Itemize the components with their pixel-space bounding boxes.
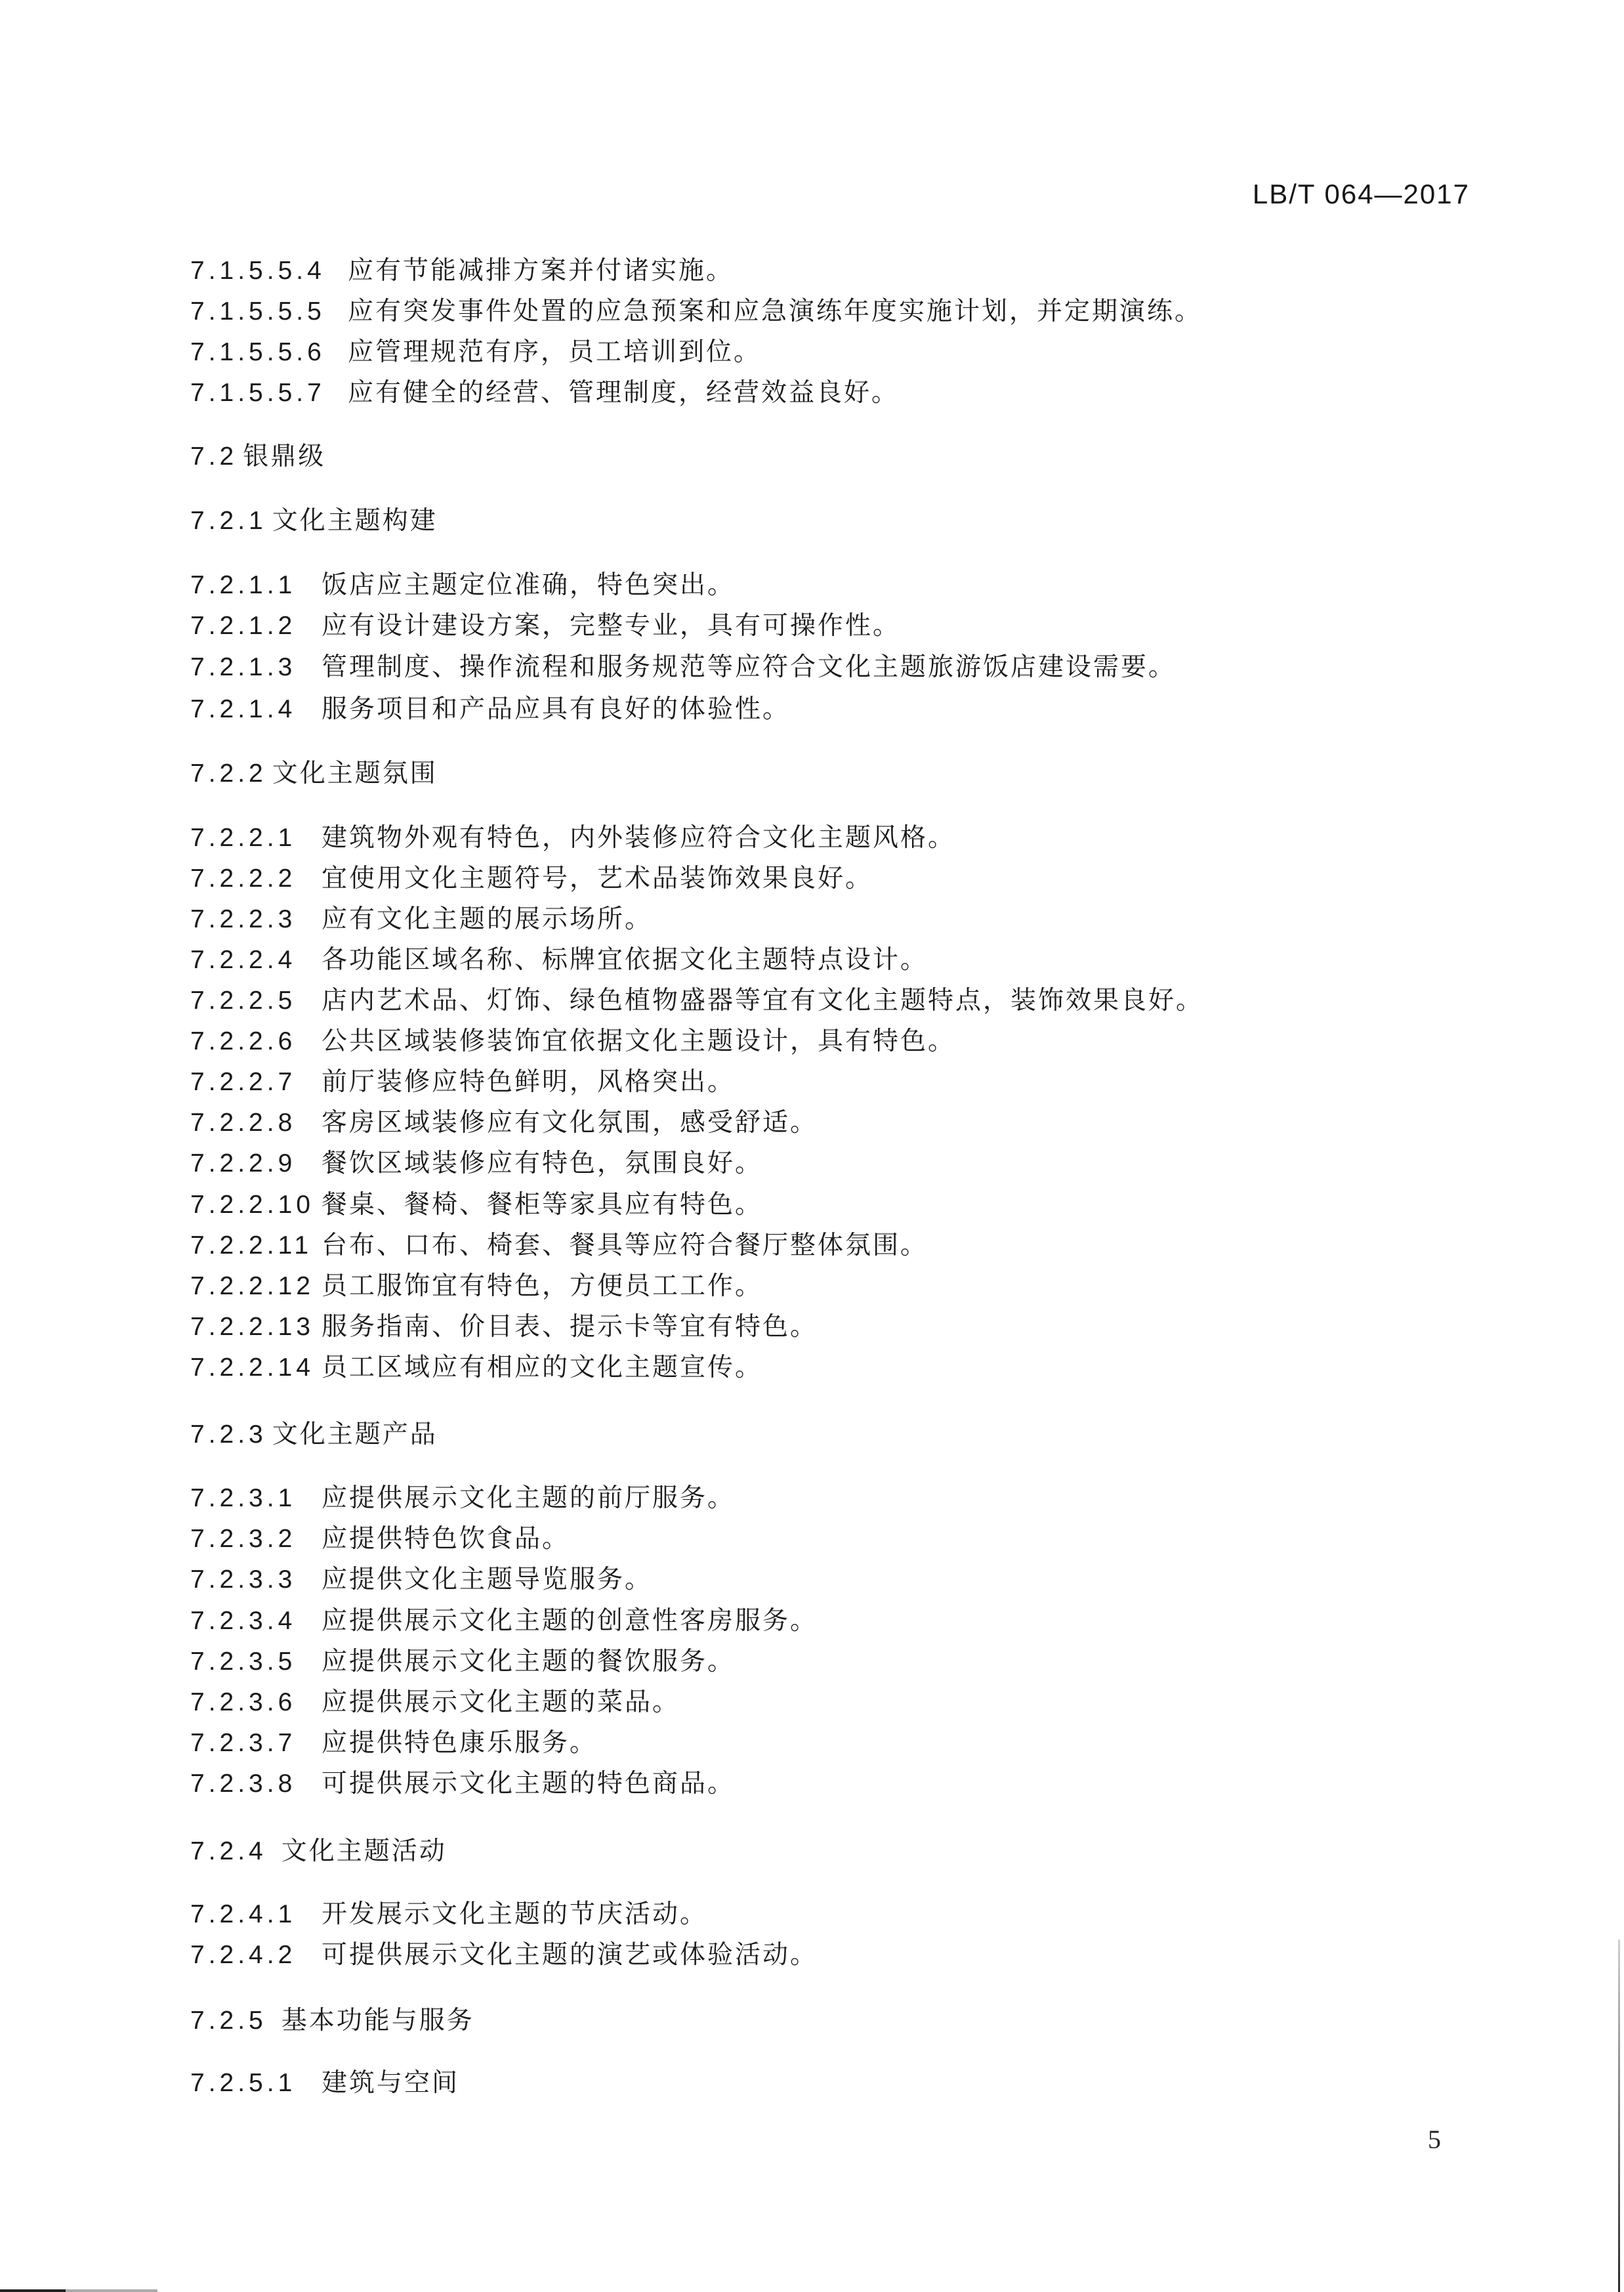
clause-number: 7.2.2.10 — [190, 1188, 322, 1222]
clause-text: 开发展示文化主题的节庆活动。 — [322, 1898, 707, 1932]
clause-7-2-5-1: 7.2.5.1 建筑与空间 — [190, 2066, 459, 2100]
clause-text: 可提供展示文化主题的演艺或体验活动。 — [322, 1938, 818, 1972]
clause-number: 7.2.1.1 — [190, 568, 322, 603]
clause-7-2-3-3: 7.2.3.3 应提供文化主题导览服务。 — [190, 1563, 652, 1597]
clause-7-2-2-3: 7.2.2.3 应有文化主题的展示场所。 — [190, 902, 652, 937]
clause-number: 7.2.2.14 — [190, 1351, 322, 1385]
clause-text: 可提供展示文化主题的特色商品。 — [322, 1767, 735, 1801]
clause-number: 7.2.2.3 — [190, 902, 322, 937]
clause-text: 公共区域装修装饰宜依据文化主题设计，具有特色。 — [322, 1025, 955, 1059]
clause-text: 应有文化主题的展示场所。 — [322, 902, 652, 937]
heading-text: 文化主题构建 — [272, 504, 438, 538]
standard-code: LB/T 064—2017 — [1253, 179, 1470, 210]
clause-number: 7.2.2.9 — [190, 1147, 322, 1181]
clause-number: 7.2.2.1 — [190, 821, 322, 855]
clause-7-2-3-7: 7.2.3.7 应提供特色康乐服务。 — [190, 1726, 597, 1760]
clause-7-2-3-2: 7.2.3.2 应提供特色饮食品。 — [190, 1522, 570, 1556]
clause-7-2-3-5: 7.2.3.5 应提供展示文化主题的餐饮服务。 — [190, 1645, 735, 1679]
clause-number: 7.2.2.12 — [190, 1269, 322, 1304]
document-page: LB/T 064—2017 7.1.5.5.4 应有节能减排方案并付诸实施。 7… — [0, 0, 1624, 2292]
clause-7-1-5-5-4: 7.1.5.5.4 应有节能减排方案并付诸实施。 — [190, 254, 734, 288]
heading-number: 7.2.3 — [190, 1418, 267, 1452]
clause-7-2-4-1: 7.2.4.1 开发展示文化主题的节庆活动。 — [190, 1898, 707, 1932]
page-number: 5 — [1428, 2124, 1441, 2155]
clause-7-2-2-11: 7.2.2.11 台布、口布、椅套、餐具等应符合餐厅整体氛围。 — [190, 1229, 928, 1263]
heading-number: 7.2.1 — [190, 504, 267, 538]
heading-number: 7.2.2 — [190, 757, 267, 791]
clause-number: 7.2.2.4 — [190, 943, 322, 977]
heading-7-2-1: 7.2.1 文化主题构建 — [190, 504, 438, 538]
clause-7-2-2-6: 7.2.2.6 公共区域装修装饰宜依据文化主题设计，具有特色。 — [190, 1025, 955, 1059]
clause-number: 7.2.1.3 — [190, 650, 322, 685]
clause-7-2-2-4: 7.2.2.4 各功能区域名称、标牌宜依据文化主题特点设计。 — [190, 943, 928, 977]
clause-7-1-5-5-7: 7.1.5.5.7 应有健全的经营、管理制度，经营效益良好。 — [190, 376, 899, 410]
clause-7-2-4-2: 7.2.4.2 可提供展示文化主题的演艺或体验活动。 — [190, 1938, 818, 1972]
clause-text: 宜使用文化主题符号，艺术品装饰效果良好。 — [322, 862, 873, 896]
scan-edge-mark — [66, 2289, 157, 2292]
clause-number: 7.2.3.1 — [190, 1481, 322, 1516]
clause-7-2-1-1: 7.2.1.1 饭店应主题定位准确，特色突出。 — [190, 568, 735, 603]
clause-number: 7.2.4.2 — [190, 1938, 322, 1972]
clause-text: 管理制度、操作流程和服务规范等应符合文化主题旅游饭店建设需要。 — [322, 650, 1176, 685]
clause-text: 应提供展示文化主题的餐饮服务。 — [322, 1645, 735, 1679]
heading-7-2-3: 7.2.3 文化主题产品 — [190, 1418, 438, 1452]
clause-number: 7.2.2.7 — [190, 1065, 322, 1099]
clause-number: 7.2.2.11 — [190, 1229, 322, 1263]
clause-text: 应提供展示文化主题的创意性客房服务。 — [322, 1604, 818, 1638]
clause-7-2-1-4: 7.2.1.4 服务项目和产品应具有良好的体验性。 — [190, 692, 790, 727]
clause-number: 7.2.2.2 — [190, 862, 322, 896]
clause-number: 7.2.3.8 — [190, 1767, 322, 1801]
clause-7-2-2-12: 7.2.2.12 员工服饰宜有特色，方便员工工作。 — [190, 1269, 762, 1304]
clause-text: 应提供文化主题导览服务。 — [322, 1563, 652, 1597]
clause-text: 各功能区域名称、标牌宜依据文化主题特点设计。 — [322, 943, 928, 977]
clause-number: 7.2.3.2 — [190, 1522, 322, 1556]
clause-7-2-2-1: 7.2.2.1 建筑物外观有特色，内外装修应符合文化主题风格。 — [190, 821, 955, 855]
clause-7-2-1-3: 7.2.1.3 管理制度、操作流程和服务规范等应符合文化主题旅游饭店建设需要。 — [190, 650, 1176, 685]
clause-text: 应提供展示文化主题的菜品。 — [322, 1686, 680, 1720]
clause-text: 应提供展示文化主题的前厅服务。 — [322, 1481, 735, 1516]
clause-text: 饭店应主题定位准确，特色突出。 — [322, 568, 735, 603]
heading-7-2-5: 7.2.5 基本功能与服务 — [190, 2004, 474, 2038]
clause-text: 餐桌、餐椅、餐柜等家具应有特色。 — [322, 1188, 762, 1222]
clause-7-2-2-10: 7.2.2.10 餐桌、餐椅、餐柜等家具应有特色。 — [190, 1188, 762, 1222]
scan-edge-shadow — [1618, 1940, 1620, 2292]
clause-number: 7.2.2.8 — [190, 1106, 322, 1140]
clause-number: 7.1.5.5.6 — [190, 335, 348, 370]
clause-text: 餐饮区域装修应有特色，氛围良好。 — [322, 1147, 762, 1181]
clause-7-2-2-2: 7.2.2.2 宜使用文化主题符号，艺术品装饰效果良好。 — [190, 862, 873, 896]
clause-text: 应管理规范有序，员工培训到位。 — [348, 335, 761, 370]
clause-number: 7.1.5.5.7 — [190, 376, 348, 410]
heading-text: 文化主题活动 — [281, 1835, 447, 1869]
clause-number: 7.1.5.5.4 — [190, 254, 348, 288]
heading-number: 7.2.4 — [190, 1835, 267, 1869]
clause-number: 7.2.1.4 — [190, 692, 322, 727]
clause-7-2-2-9: 7.2.2.9 餐饮区域装修应有特色，氛围良好。 — [190, 1147, 762, 1181]
clause-7-2-3-4: 7.2.3.4 应提供展示文化主题的创意性客房服务。 — [190, 1604, 818, 1638]
clause-text: 应有设计建设方案，完整专业，具有可操作性。 — [322, 609, 900, 643]
clause-text: 员工服饰宜有特色，方便员工工作。 — [322, 1269, 762, 1304]
heading-text: 文化主题氛围 — [272, 757, 438, 791]
clause-number: 7.2.2.5 — [190, 984, 322, 1018]
clause-number: 7.2.3.4 — [190, 1604, 322, 1638]
clause-7-2-2-8: 7.2.2.8 客房区域装修应有文化氛围，感受舒适。 — [190, 1106, 818, 1140]
clause-text: 应有节能减排方案并付诸实施。 — [348, 254, 734, 288]
clause-7-1-5-5-6: 7.1.5.5.6 应管理规范有序，员工培训到位。 — [190, 335, 761, 370]
clause-number: 7.2.2.6 — [190, 1025, 322, 1059]
clause-text: 建筑与空间 — [322, 2066, 459, 2100]
clause-text: 应提供特色康乐服务。 — [322, 1726, 597, 1760]
clause-text: 员工区域应有相应的文化主题宣传。 — [322, 1351, 762, 1385]
heading-7-2: 7.2 银鼎级 — [190, 440, 325, 474]
clause-number: 7.2.3.7 — [190, 1726, 322, 1760]
clause-text: 建筑物外观有特色，内外装修应符合文化主题风格。 — [322, 821, 955, 855]
clause-number: 7.2.3.6 — [190, 1686, 322, 1720]
clause-text: 前厅装修应特色鲜明，风格突出。 — [322, 1065, 735, 1099]
clause-7-2-2-14: 7.2.2.14 员工区域应有相应的文化主题宣传。 — [190, 1351, 762, 1385]
heading-text: 文化主题产品 — [272, 1418, 438, 1452]
clause-number: 7.2.2.13 — [190, 1310, 322, 1344]
clause-7-2-3-6: 7.2.3.6 应提供展示文化主题的菜品。 — [190, 1686, 680, 1720]
heading-number: 7.2 — [190, 440, 238, 474]
heading-7-2-2: 7.2.2 文化主题氛围 — [190, 757, 438, 791]
clause-number: 7.2.1.2 — [190, 609, 322, 643]
clause-number: 7.1.5.5.5 — [190, 295, 348, 329]
heading-7-2-4: 7.2.4 文化主题活动 — [190, 1835, 447, 1869]
clause-7-2-3-8: 7.2.3.8 可提供展示文化主题的特色商品。 — [190, 1767, 735, 1801]
clause-7-2-2-7: 7.2.2.7 前厅装修应特色鲜明，风格突出。 — [190, 1065, 735, 1099]
clause-text: 应提供特色饮食品。 — [322, 1522, 570, 1556]
heading-text: 银鼎级 — [243, 440, 325, 474]
heading-number: 7.2.5 — [190, 2004, 267, 2038]
clause-text: 应有健全的经营、管理制度，经营效益良好。 — [348, 376, 899, 410]
clause-number: 7.2.3.5 — [190, 1645, 322, 1679]
clause-number: 7.2.5.1 — [190, 2066, 322, 2100]
clause-text: 客房区域装修应有文化氛围，感受舒适。 — [322, 1106, 818, 1140]
clause-7-2-2-5: 7.2.2.5 店内艺术品、灯饰、绿色植物盛器等宜有文化主题特点，装饰效果良好。 — [190, 984, 1203, 1018]
heading-text: 基本功能与服务 — [281, 2004, 474, 2038]
clause-7-1-5-5-5: 7.1.5.5.5 应有突发事件处置的应急预案和应急演练年度实施计划，并定期演练… — [190, 295, 1202, 329]
clause-7-2-3-1: 7.2.3.1 应提供展示文化主题的前厅服务。 — [190, 1481, 735, 1516]
clause-text: 服务项目和产品应具有良好的体验性。 — [322, 692, 790, 727]
clause-text: 应有突发事件处置的应急预案和应急演练年度实施计划，并定期演练。 — [348, 295, 1202, 329]
clause-7-2-1-2: 7.2.1.2 应有设计建设方案，完整专业，具有可操作性。 — [190, 609, 900, 643]
clause-number: 7.2.4.1 — [190, 1898, 322, 1932]
clause-text: 店内艺术品、灯饰、绿色植物盛器等宜有文化主题特点，装饰效果良好。 — [322, 984, 1203, 1018]
clause-text: 台布、口布、椅套、餐具等应符合餐厅整体氛围。 — [322, 1229, 928, 1263]
clause-text: 服务指南、价目表、提示卡等宜有特色。 — [322, 1310, 818, 1344]
clause-7-2-2-13: 7.2.2.13 服务指南、价目表、提示卡等宜有特色。 — [190, 1310, 818, 1344]
clause-number: 7.2.3.3 — [190, 1563, 322, 1597]
scan-edge-mark — [0, 2289, 66, 2292]
